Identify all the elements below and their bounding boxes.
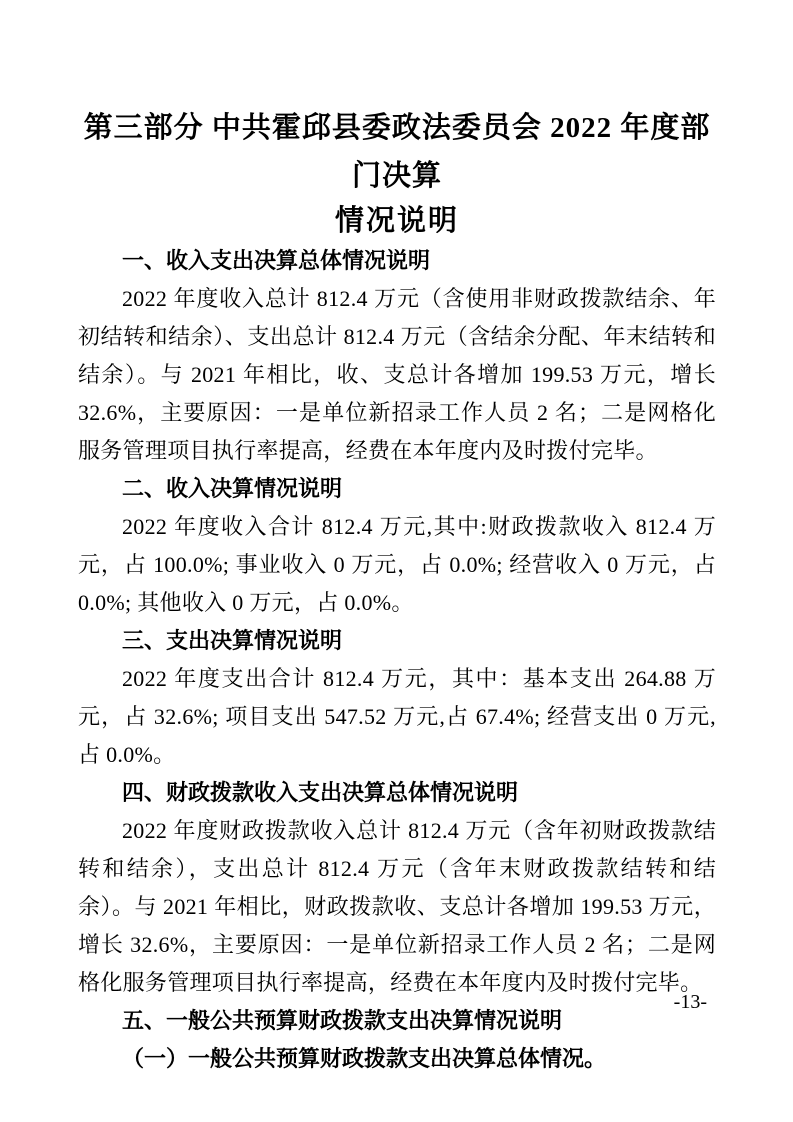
section-5-heading: 五、一般公共预算财政拨款支出决算情况说明 xyxy=(78,1002,716,1040)
document-title-line2: 情况说明 xyxy=(78,200,716,242)
section-3-paragraph: 2022 年度支出合计 812.4 万元，其中：基本支出 264.88 万元，占… xyxy=(78,660,716,774)
section-2-heading: 二、收入决算情况说明 xyxy=(78,470,716,508)
document-page: 第三部分 中共霍邱县委政法委员会 2022 年度部门决算 情况说明 一、收入支出… xyxy=(0,0,793,1122)
section-3-heading: 三、支出决算情况说明 xyxy=(78,622,716,660)
section-4-heading: 四、财政拨款收入支出决算总体情况说明 xyxy=(78,774,716,812)
document-title-line1: 第三部分 中共霍邱县委政法委员会 2022 年度部门决算 xyxy=(78,104,716,200)
document-title: 第三部分 中共霍邱县委政法委员会 2022 年度部门决算 情况说明 xyxy=(78,104,716,242)
section-1: 一、收入支出决算总体情况说明 2022 年度收入总计 812.4 万元（含使用非… xyxy=(78,242,716,470)
document-content: 第三部分 中共霍邱县委政法委员会 2022 年度部门决算 情况说明 一、收入支出… xyxy=(0,0,793,1078)
section-5-subheading: （一）一般公共预算财政拨款支出决算总体情况。 xyxy=(78,1040,716,1078)
section-3: 三、支出决算情况说明 2022 年度支出合计 812.4 万元，其中：基本支出 … xyxy=(78,622,716,774)
page-number: -13- xyxy=(674,991,707,1013)
section-2: 二、收入决算情况说明 2022 年度收入合计 812.4 万元,其中:财政拨款收… xyxy=(78,470,716,622)
section-1-heading: 一、收入支出决算总体情况说明 xyxy=(78,242,716,280)
section-1-paragraph: 2022 年度收入总计 812.4 万元（含使用非财政拨款结余、年初结转和结余）… xyxy=(78,280,716,470)
section-4: 四、财政拨款收入支出决算总体情况说明 2022 年度财政拨款收入总计 812.4… xyxy=(78,774,716,1002)
section-5: 五、一般公共预算财政拨款支出决算情况说明 （一）一般公共预算财政拨款支出决算总体… xyxy=(78,1002,716,1078)
section-2-paragraph: 2022 年度收入合计 812.4 万元,其中:财政拨款收入 812.4 万元，… xyxy=(78,508,716,622)
section-4-paragraph: 2022 年度财政拨款收入总计 812.4 万元（含年初财政拨款结转和结余），支… xyxy=(78,812,716,1002)
